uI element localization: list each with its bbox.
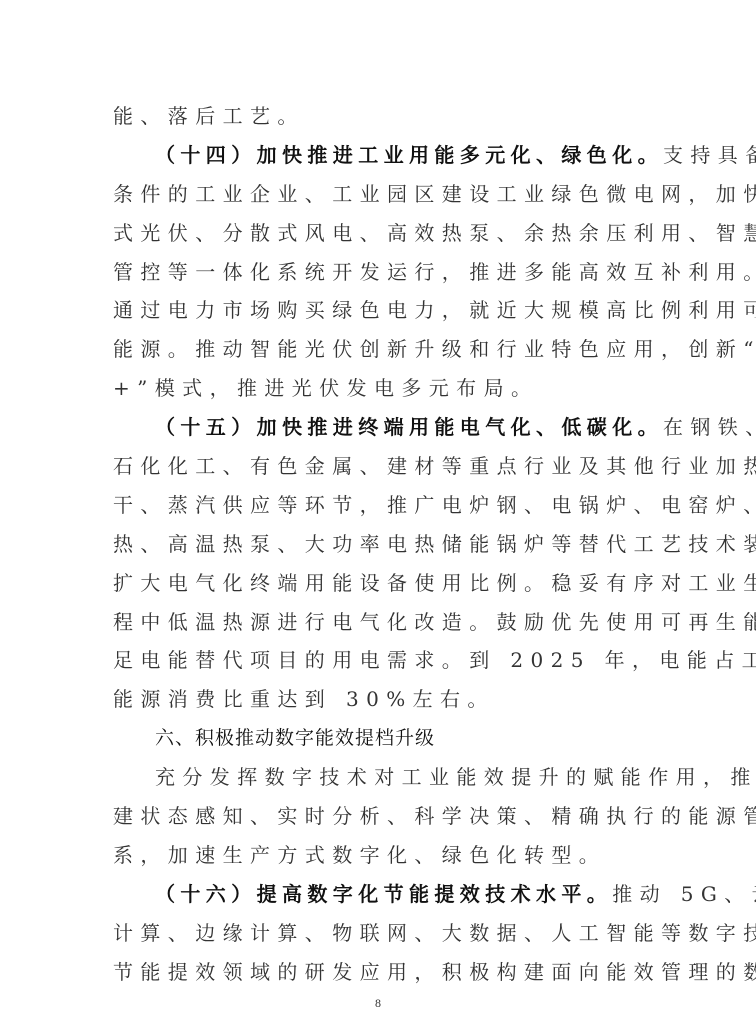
text-line: 能源。推动智能光伏创新升级和行业特色应用，创新“光伏 [113,330,645,369]
section-heading-15: （十五）加快推进终端用能电气化、低碳化。在钢铁、 [113,408,645,447]
bold-lead: （十五）加快推进终端用能电气化、低碳化。 [155,415,663,439]
text-line: 系，加速生产方式数字化、绿色化转型。 [113,836,645,875]
text-line: 能源消费比重达到 30%左右。 [113,680,645,719]
text-line: 条件的工业企业、工业园区建设工业绿色微电网，加快分布 [113,175,645,214]
text-line: 扩大电气化终端用能设备使用比例。稳妥有序对工业生产过 [113,564,645,603]
text-line: 热、高温热泵、大功率电热储能锅炉等替代工艺技术装备， [113,525,645,564]
text-line: 充分发挥数字技术对工业能效提升的赋能作用，推动构 [113,758,645,797]
text-line: 计算、边缘计算、物联网、大数据、人工智能等数字技术在 [113,914,645,953]
text-line: 能、落后工艺。 [113,97,645,136]
text-line: 节能提效领域的研发应用，积极构建面向能效管理的数字孪 [113,953,645,992]
text-line: 式光伏、分散式风电、高效热泵、余热余压利用、智慧能源 [113,214,645,253]
text-line: 管控等一体化系统开发运行，推进多能高效互补利用。鼓励 [113,253,645,292]
page-number: 8 [0,996,756,1011]
text-line: 足电能替代项目的用电需求。到 2025 年，电能占工业终端 [113,641,645,680]
text-line: 程中低温热源进行电气化改造。鼓励优先使用可再生能源满 [113,603,645,642]
bold-lead: （十四）加快推进工业用能多元化、绿色化。 [155,143,663,167]
document-page: 能、落后工艺。 （十四）加快推进工业用能多元化、绿色化。支持具备 条件的工业企业… [0,0,756,1034]
text-line: 通过电力市场购买绿色电力，就近大规模高比例利用可再生 [113,291,645,330]
text-line: 干、蒸汽供应等环节，推广电炉钢、电锅炉、电窑炉、电加 [113,486,645,525]
section-heading-16: （十六）提高数字化节能提效技术水平。推动 5G、云 [113,875,645,914]
document-body: 能、落后工艺。 （十四）加快推进工业用能多元化、绿色化。支持具备 条件的工业企业… [113,97,645,991]
text-line: 石化化工、有色金属、建材等重点行业及其他行业加热、烘 [113,447,645,486]
bold-lead: （十六）提高数字化节能提效技术水平。 [155,882,612,906]
text-line: 建状态感知、实时分析、科学决策、精确执行的能源管控体 [113,797,645,836]
chapter-heading-6: 六、积极推动数字能效提档升级 [113,719,645,758]
text-line: +”模式，推进光伏发电多元布局。 [113,369,645,408]
section-heading-14: （十四）加快推进工业用能多元化、绿色化。支持具备 [113,136,645,175]
